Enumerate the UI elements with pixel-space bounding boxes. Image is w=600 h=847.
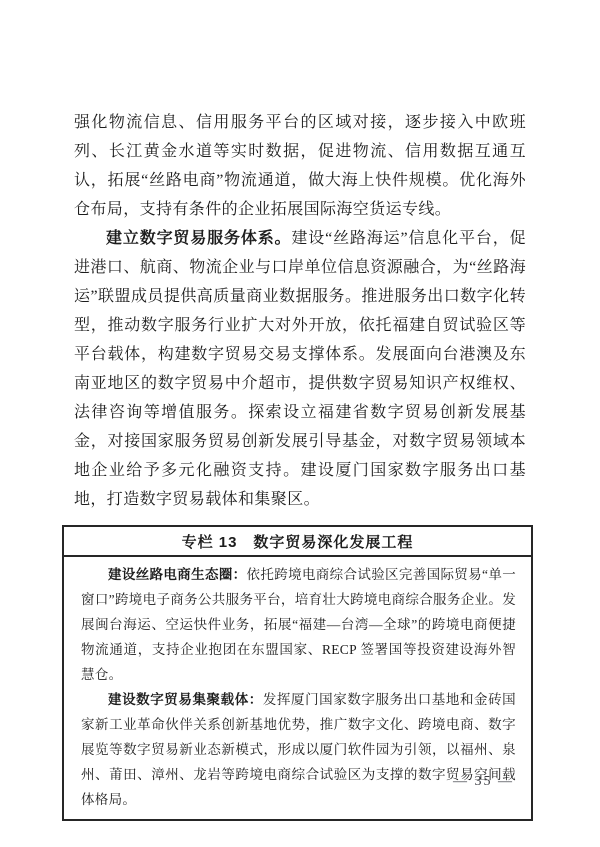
page-content: 强化物流信息、信用服务平台的区域对接，逐步接入中欧班列、长江黄金水道等实时数据，… <box>74 108 526 821</box>
paragraph-lead-bold: 建立数字贸易服务体系。 <box>106 230 291 247</box>
paragraph-text: 强化物流信息、信用服务平台的区域对接，逐步接入中欧班列、长江黄金水道等实时数据，… <box>74 114 526 218</box>
body-paragraph-continuation: 强化物流信息、信用服务平台的区域对接，逐步接入中欧班列、长江黄金水道等实时数据，… <box>74 108 526 224</box>
paragraph-text: 建设“丝路海运”信息化平台，促进港口、航商、物流企业与口岸单位信息资源融合，为“… <box>74 230 526 508</box>
body-paragraph-digital-trade: 建立数字贸易服务体系。建设“丝路海运”信息化平台，促进港口、航商、物流企业与口岸… <box>74 224 526 514</box>
box-paragraph-lead-bold: 建设数字贸易集聚载体： <box>108 692 263 707</box>
document-page: 强化物流信息、信用服务平台的区域对接，逐步接入中欧班列、长江黄金水道等实时数据，… <box>0 0 600 847</box>
feature-box-title: 专栏 13 数字贸易深化发展工程 <box>64 527 531 557</box>
page-number: — 35 — <box>453 774 514 790</box>
box-paragraph-text: 发挥厦门国家数字服务出口基地和金砖国家新工业革命伙伴关系创新基地优势，推广数字文… <box>81 692 516 807</box>
box-paragraph-lead-bold: 建设丝路电商生态圈： <box>108 567 247 582</box>
box-paragraph-ecommerce-ecosystem: 建设丝路电商生态圈：依托跨境电商综合试验区完善国际贸易“单一窗口”跨境电子商务公… <box>81 562 516 687</box>
box-paragraph-trade-carriers: 建设数字贸易集聚载体：发挥厦门国家数字服务出口基地和金砖国家新工业革命伙伴关系创… <box>81 687 516 812</box>
box-paragraph-text: 依托跨境电商综合试验区完善国际贸易“单一窗口”跨境电子商务公共服务平台，培育壮大… <box>81 567 516 682</box>
